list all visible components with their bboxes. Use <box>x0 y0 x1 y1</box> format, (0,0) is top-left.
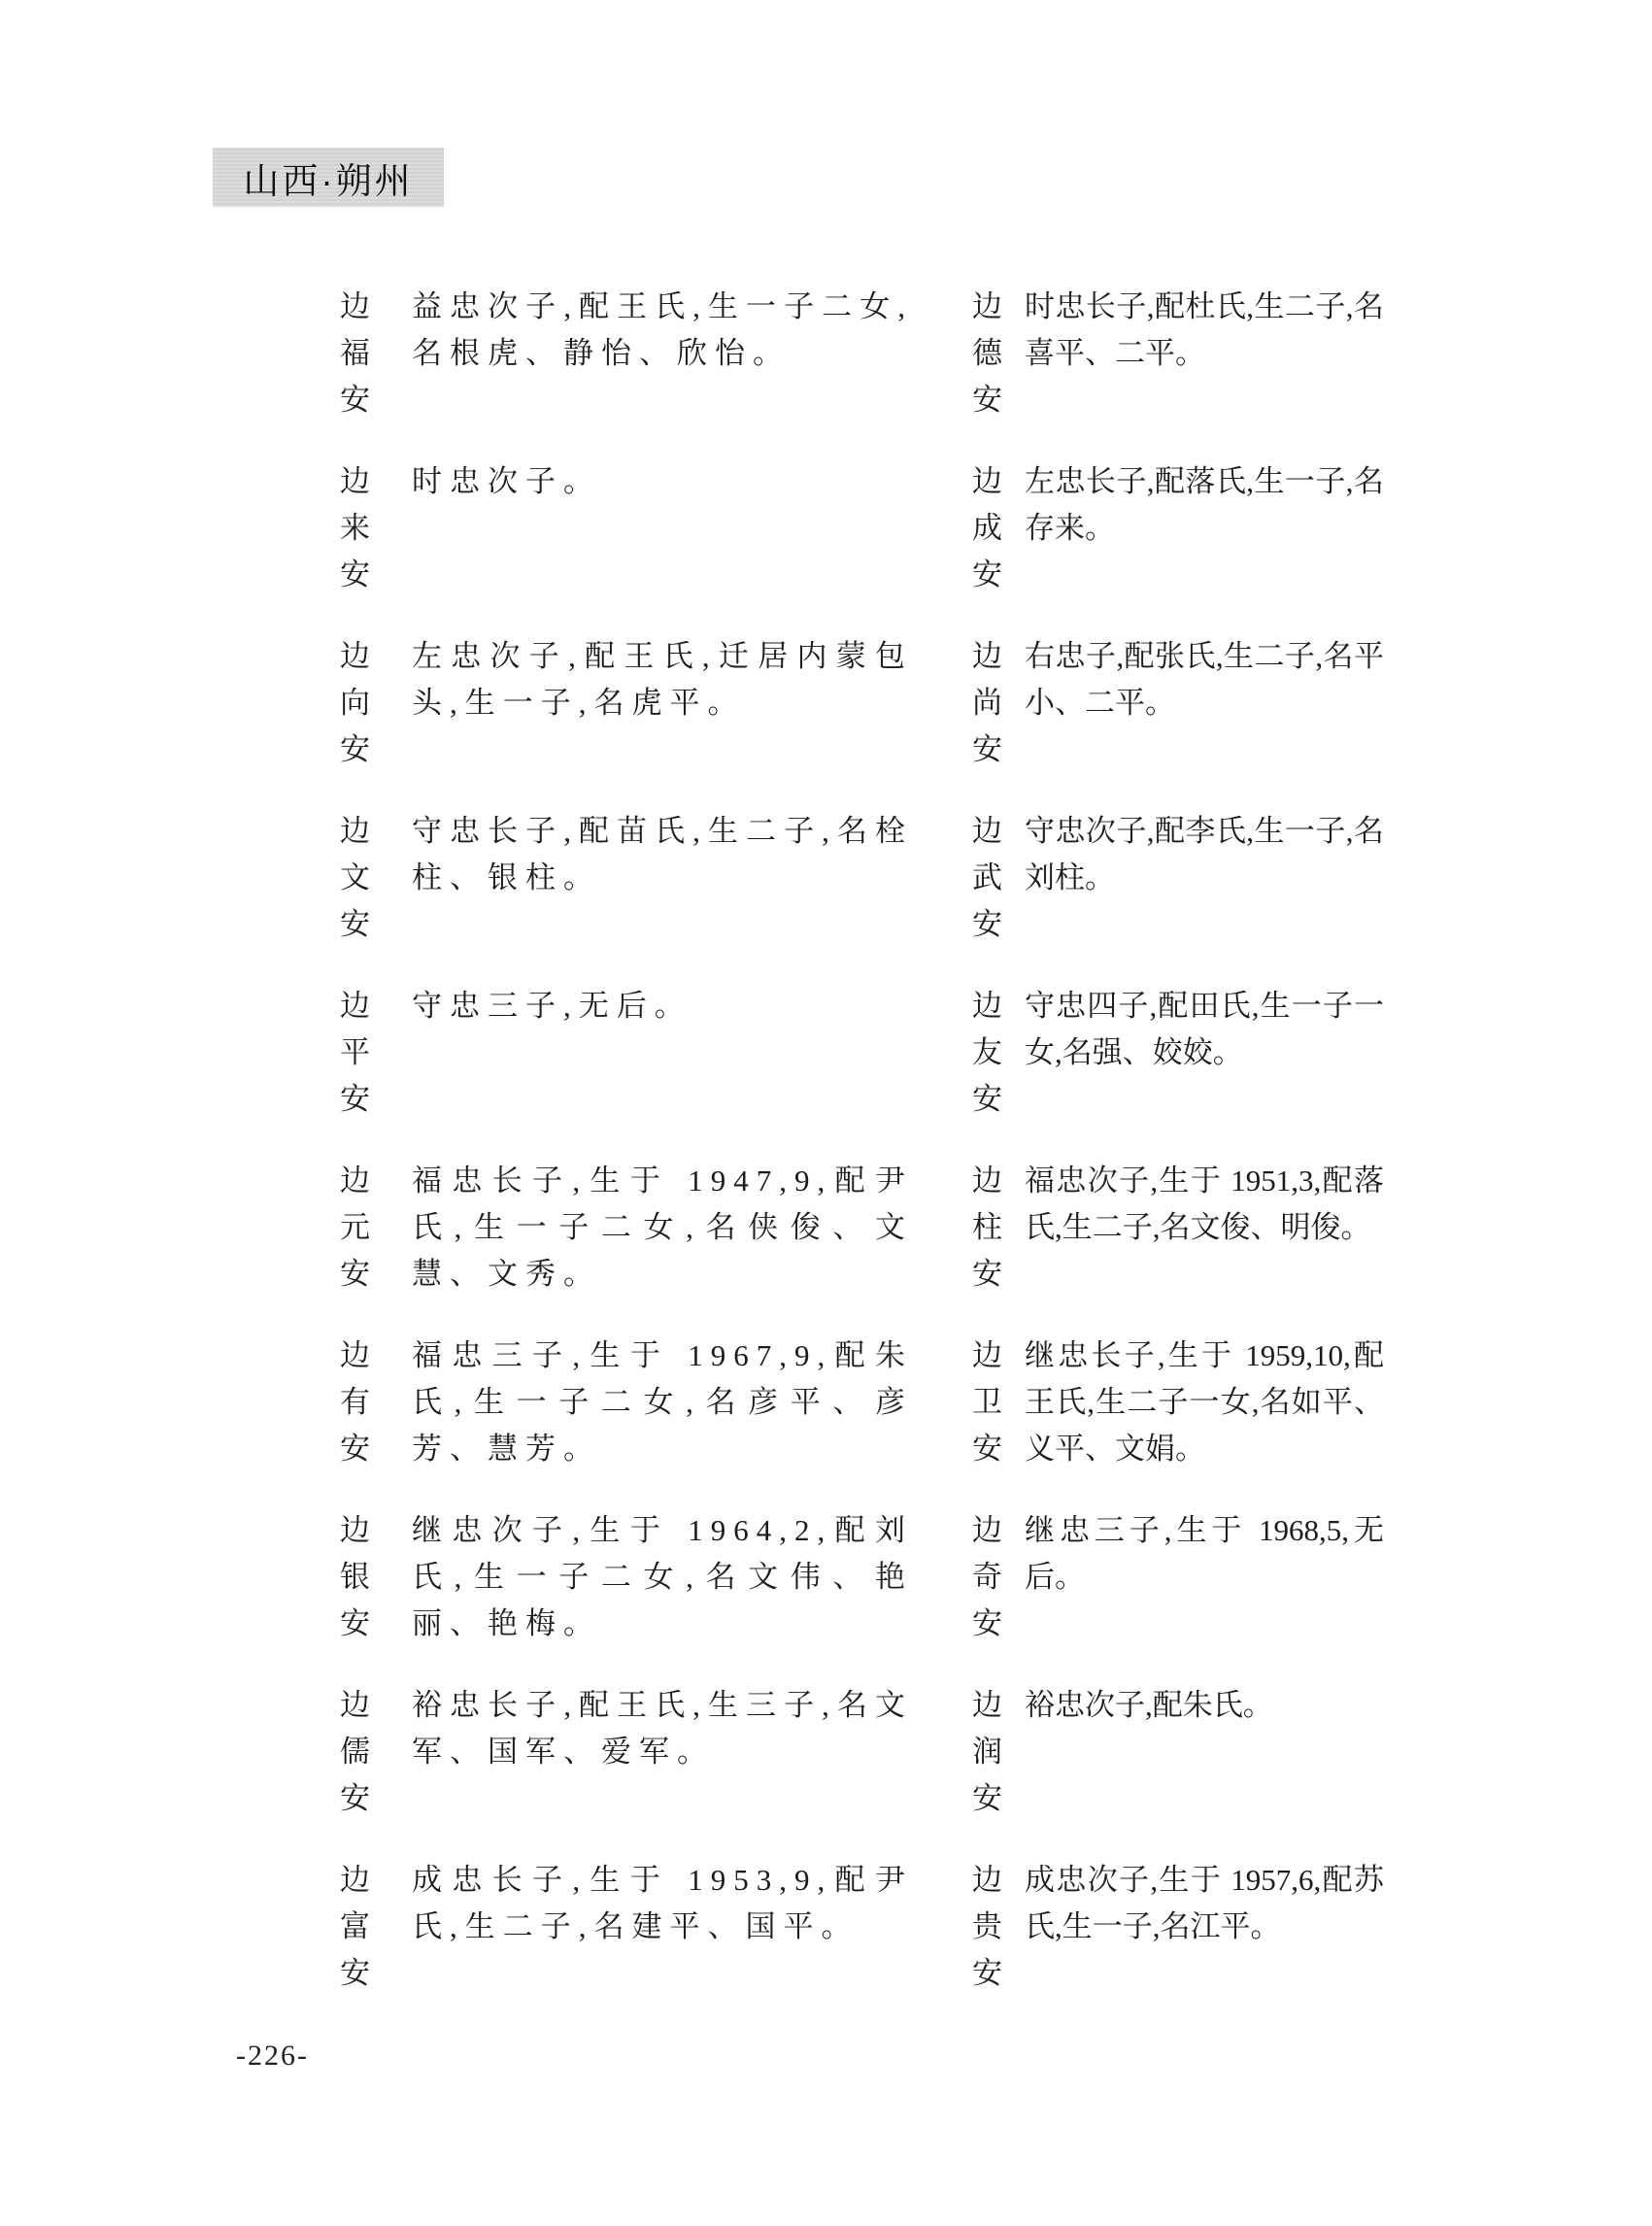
genealogy-entries: 边福安 益忠次子,配王氏,生一子二女,名根虎、静怡、欣怡。 边德安 时忠长子,配… <box>340 284 1384 1997</box>
person-record: 福忠次子,生于 1951,3,配落氏,生二子,名文俊、明俊。 <box>1025 1158 1384 1251</box>
person-record: 时忠次子。 <box>412 458 913 505</box>
person-record: 右忠子,配张氏,生二子,名平小、二平。 <box>1025 633 1384 726</box>
genealogy-entry: 边儒安 裕忠长子,配王氏,生三子,名文军、国军、爱军。 <box>340 1682 913 1822</box>
person-record: 裕忠长子,配王氏,生三子,名文军、国军、爱军。 <box>412 1682 913 1775</box>
person-name: 边平安 <box>340 983 373 1123</box>
person-name: 边友安 <box>972 983 1005 1123</box>
genealogy-entry: 边来安 时忠次子。 <box>340 458 913 598</box>
person-record: 继忠长子,生于 1959,10,配王氏,生二子一女,名如平、义平、文娟。 <box>1025 1332 1384 1472</box>
person-name: 边德安 <box>972 284 1005 423</box>
person-name: 边儒安 <box>340 1682 373 1822</box>
genealogy-entry: 边德安 时忠长子,配杜氏,生二子,名喜平、二平。 <box>972 284 1384 423</box>
person-name: 边元安 <box>340 1158 373 1298</box>
person-record: 守忠四子,配田氏,生一子一女,名强、姣姣。 <box>1025 983 1384 1076</box>
genealogy-entry: 边平安 守忠三子,无后。 <box>340 983 913 1123</box>
person-record: 裕忠次子,配朱氏。 <box>1025 1682 1384 1729</box>
genealogy-entry: 边友安 守忠四子,配田氏,生一子一女,名强、姣姣。 <box>972 983 1384 1123</box>
genealogy-entry: 边柱安 福忠次子,生于 1951,3,配落氏,生二子,名文俊、明俊。 <box>972 1158 1384 1298</box>
person-record: 守忠长子,配苗氏,生二子,名栓柱、银柱。 <box>412 808 913 901</box>
genealogy-entry: 边卫安 继忠长子,生于 1959,10,配王氏,生二子一女,名如平、义平、文娟。 <box>972 1332 1384 1472</box>
region-header-tag: 山西·朔州 <box>213 148 444 207</box>
person-name: 边柱安 <box>972 1158 1005 1298</box>
person-name: 边卫安 <box>972 1332 1005 1472</box>
person-record: 继忠三子,生于 1968,5,无后。 <box>1025 1507 1384 1601</box>
person-name: 边文安 <box>340 808 373 948</box>
person-name: 边奇安 <box>972 1507 1005 1647</box>
genealogy-entry: 边富安 成忠长子,生于 1953,9,配尹氏,生二子,名建平、国平。 <box>340 1857 913 1997</box>
genealogy-entry: 边贵安 成忠次子,生于 1957,6,配苏氏,生一子,名江平。 <box>972 1857 1384 1997</box>
genealogy-book-page: 山西·朔州 边福安 益忠次子,配王氏,生一子二女,名根虎、静怡、欣怡。 边德安 … <box>0 0 1652 2226</box>
person-name: 边润安 <box>972 1682 1005 1822</box>
region-header-label: 山西·朔州 <box>243 152 413 204</box>
genealogy-entry: 边尚安 右忠子,配张氏,生二子,名平小、二平。 <box>972 633 1384 773</box>
person-name: 边富安 <box>340 1857 373 1997</box>
genealogy-entry: 边向安 左忠次子,配王氏,迁居内蒙包头,生一子,名虎平。 <box>340 633 913 773</box>
person-name: 边成安 <box>972 458 1005 598</box>
person-record: 成忠次子,生于 1957,6,配苏氏,生一子,名江平。 <box>1025 1857 1384 1950</box>
genealogy-entry: 边成安 左忠长子,配落氏,生一子,名存来。 <box>972 458 1384 598</box>
genealogy-entry: 边有安 福忠三子,生于 1967,9,配朱氏,生一子二女,名彦平、彦芳、慧芳。 <box>340 1332 913 1472</box>
genealogy-entry: 边文安 守忠长子,配苗氏,生二子,名栓柱、银柱。 <box>340 808 913 948</box>
person-record: 守忠三子,无后。 <box>412 983 913 1029</box>
person-record: 时忠长子,配杜氏,生二子,名喜平、二平。 <box>1025 284 1384 377</box>
person-record: 益忠次子,配王氏,生一子二女,名根虎、静怡、欣怡。 <box>412 284 913 377</box>
person-name: 边银安 <box>340 1507 373 1647</box>
genealogy-entry: 边银安 继忠次子,生于 1964,2,配刘氏,生一子二女,名文伟、艳丽、艳梅。 <box>340 1507 913 1647</box>
person-record: 成忠长子,生于 1953,9,配尹氏,生二子,名建平、国平。 <box>412 1857 913 1950</box>
person-record: 守忠次子,配李氏,生一子,名刘柱。 <box>1025 808 1384 901</box>
person-name: 边有安 <box>340 1332 373 1472</box>
person-record: 福忠三子,生于 1967,9,配朱氏,生一子二女,名彦平、彦芳、慧芳。 <box>412 1332 913 1472</box>
person-record: 左忠长子,配落氏,生一子,名存来。 <box>1025 458 1384 552</box>
page-number: -226- <box>236 2040 309 2073</box>
person-name: 边来安 <box>340 458 373 598</box>
person-record: 继忠次子,生于 1964,2,配刘氏,生一子二女,名文伟、艳丽、艳梅。 <box>412 1507 913 1647</box>
person-name: 边贵安 <box>972 1857 1005 1997</box>
person-name: 边尚安 <box>972 633 1005 773</box>
genealogy-entry: 边武安 守忠次子,配李氏,生一子,名刘柱。 <box>972 808 1384 948</box>
genealogy-entry: 边润安 裕忠次子,配朱氏。 <box>972 1682 1384 1822</box>
person-record: 左忠次子,配王氏,迁居内蒙包头,生一子,名虎平。 <box>412 633 913 726</box>
genealogy-entry: 边福安 益忠次子,配王氏,生一子二女,名根虎、静怡、欣怡。 <box>340 284 913 423</box>
person-name: 边武安 <box>972 808 1005 948</box>
person-record: 福忠长子,生于 1947,9,配尹氏,生一子二女,名侠俊、文慧、文秀。 <box>412 1158 913 1298</box>
genealogy-entry: 边元安 福忠长子,生于 1947,9,配尹氏,生一子二女,名侠俊、文慧、文秀。 <box>340 1158 913 1298</box>
person-name: 边向安 <box>340 633 373 773</box>
genealogy-entry: 边奇安 继忠三子,生于 1968,5,无后。 <box>972 1507 1384 1647</box>
person-name: 边福安 <box>340 284 373 423</box>
